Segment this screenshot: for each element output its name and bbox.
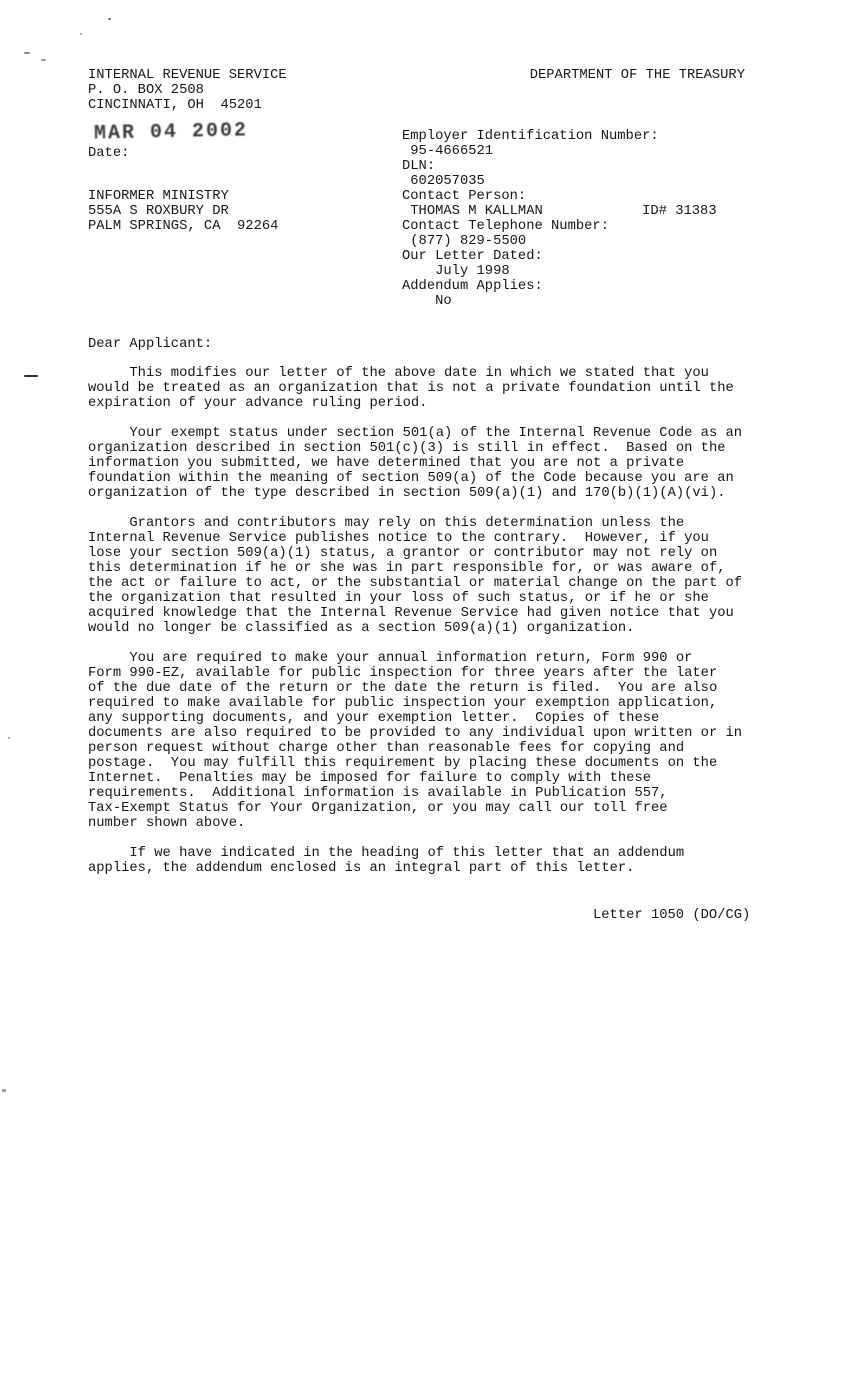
ein-label: Employer Identification Number: — [402, 129, 717, 144]
salutation: Dear Applicant: — [88, 337, 788, 352]
irs-letter-page: INTERNAL REVENUE SERVICE P. O. BOX 2508 … — [0, 0, 850, 1400]
paragraph-annual-return: You are required to make your annual inf… — [88, 651, 788, 831]
margin-dash-artifact — [24, 375, 38, 377]
letter-dated-value: July 1998 — [402, 264, 717, 279]
ein-value: 95-4666521 — [402, 144, 717, 159]
sender-line: CINCINNATI, OH 45201 — [88, 98, 287, 113]
letter-number: Letter 1050 (DO/CG) — [593, 908, 750, 923]
date-label: Date: — [88, 146, 129, 161]
recipient-line: INFORMER MINISTRY — [88, 189, 278, 204]
scan-speck — [80, 33, 82, 35]
info-block: Employer Identification Number: 95-46665… — [402, 129, 717, 309]
date-stamp: MAR 04 2002 — [94, 123, 248, 141]
contact-phone-label: Contact Telephone Number: — [402, 219, 717, 234]
recipient-address-block: INFORMER MINISTRY 555A S ROXBURY DR PALM… — [88, 189, 278, 234]
contact-person-label: Contact Person: — [402, 189, 717, 204]
scan-speck — [2, 1089, 6, 1092]
scan-speck — [108, 18, 111, 20]
addendum-value: No — [402, 294, 717, 309]
paragraph-grantors: Grantors and contributors may rely on th… — [88, 516, 788, 636]
recipient-line: PALM SPRINGS, CA 92264 — [88, 219, 278, 234]
paragraph-addendum: If we have indicated in the heading of t… — [88, 846, 788, 876]
dln-value: 602057035 — [402, 174, 717, 189]
contact-phone-value: (877) 829-5500 — [402, 234, 717, 249]
recipient-line: 555A S ROXBURY DR — [88, 204, 278, 219]
agency-name: DEPARTMENT OF THE TREASURY — [530, 68, 745, 83]
scan-speck — [41, 59, 46, 61]
paragraph-modifies-letter: This modifies our letter of the above da… — [88, 366, 788, 411]
dln-label: DLN: — [402, 159, 717, 174]
sender-line: P. O. BOX 2508 — [88, 83, 287, 98]
letter-dated-label: Our Letter Dated: — [402, 249, 717, 264]
scan-speck — [24, 52, 30, 54]
paragraph-exempt-status: Your exempt status under section 501(a) … — [88, 426, 788, 501]
contact-person-value: THOMAS M KALLMAN ID# 31383 — [402, 204, 717, 219]
addendum-label: Addendum Applies: — [402, 279, 717, 294]
sender-line: INTERNAL REVENUE SERVICE — [88, 68, 287, 83]
scan-speck — [8, 737, 10, 739]
letter-body: Dear Applicant: This modifies our letter… — [88, 337, 788, 891]
sender-address-block: INTERNAL REVENUE SERVICE P. O. BOX 2508 … — [88, 68, 287, 113]
